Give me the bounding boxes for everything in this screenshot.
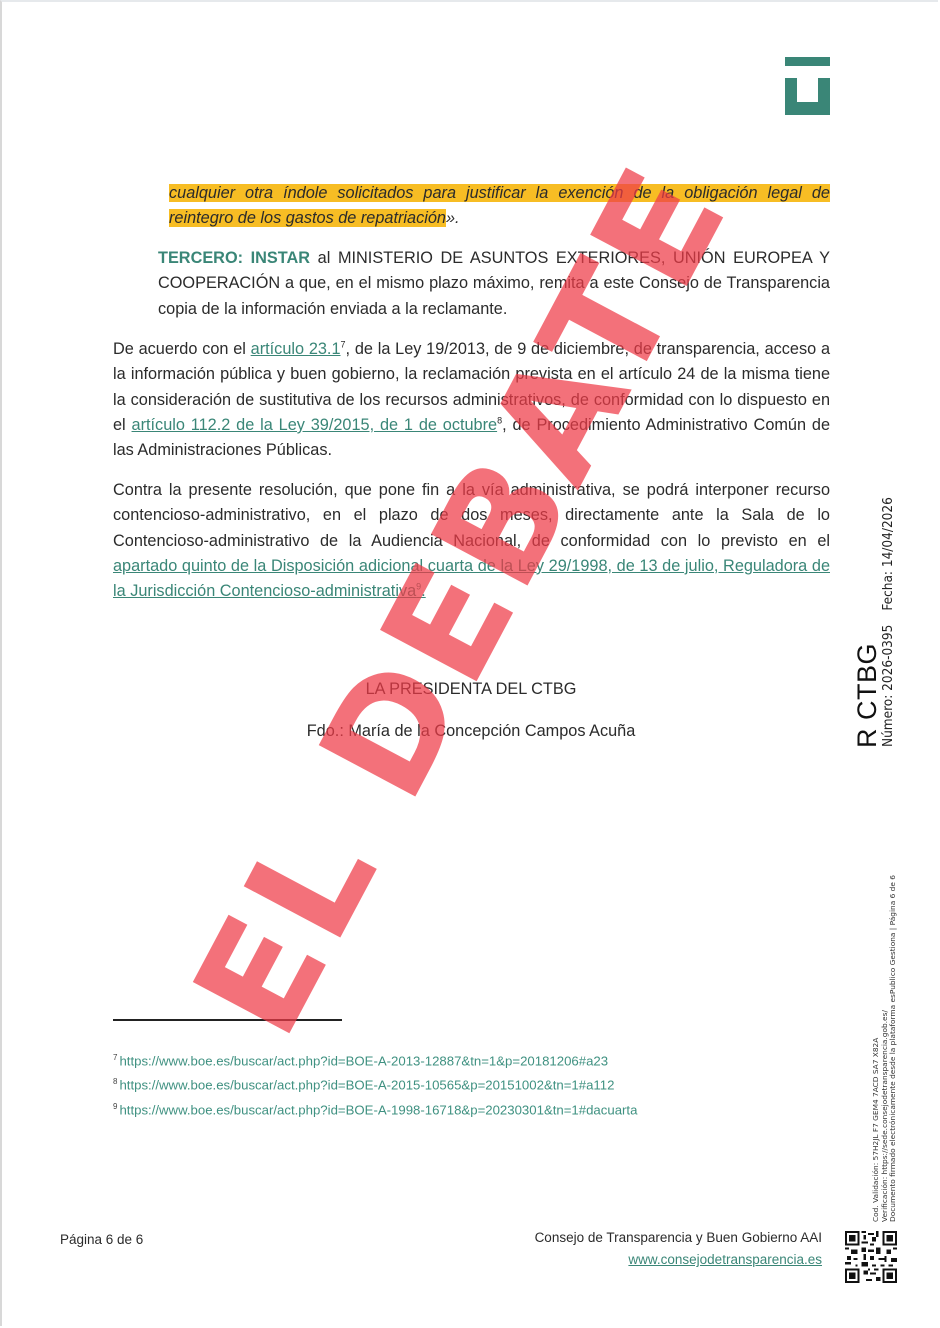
footnote-link-9[interactable]: https://www.boe.es/buscar/act.php?id=BOE… xyxy=(119,1102,637,1117)
ctbg-logo-icon xyxy=(785,57,830,115)
verification-block: Cod. Validación: 57H2JL F7 GEM4 7ACD SA7… xyxy=(872,875,898,1222)
footnote-link-8[interactable]: https://www.boe.es/buscar/act.php?id=BOE… xyxy=(119,1078,614,1093)
page-number: Página 6 de 6 xyxy=(60,1232,143,1247)
registry-number: Número: 2026-0395 xyxy=(880,625,896,747)
signature-title: LA PRESIDENTA DEL CTBG xyxy=(0,680,940,699)
link-articulo-112-2[interactable]: artículo 112.2 de la Ley 39/2015, de 1 d… xyxy=(132,416,498,434)
link-disposicion-adicional[interactable]: apartado quinto de la Disposición adicio… xyxy=(113,557,830,600)
footnote-divider xyxy=(113,1019,342,1021)
registry-meta: Número: 2026-0395Fecha: 14/04/2026 xyxy=(880,497,896,747)
recourse-paragraph: Contra la presente resolución, que pone … xyxy=(113,478,830,604)
footnote-link-7[interactable]: https://www.boe.es/buscar/act.php?id=BOE… xyxy=(119,1053,608,1068)
qr-code-icon[interactable] xyxy=(845,1231,897,1283)
footnotes: 7https://www.boe.es/buscar/act.php?id=BO… xyxy=(113,1047,637,1120)
registry-stamp: R CTBG xyxy=(852,643,883,748)
footer-website: www.consejodetransparencia.es xyxy=(628,1252,822,1267)
appeal-paragraph: De acuerdo con el artículo 23.17, de la … xyxy=(113,337,830,463)
footnote-8: 8https://www.boe.es/buscar/act.php?id=BO… xyxy=(113,1071,637,1095)
registry-date: Fecha: 14/04/2026 xyxy=(880,497,896,610)
footnote-7: 7https://www.boe.es/buscar/act.php?id=BO… xyxy=(113,1047,637,1071)
tercero-paragraph: TERCERO: INSTAR al MINISTERIO DE ASUNTOS… xyxy=(158,246,830,322)
highlighted-quote: cualquier otra índole solicitados para j… xyxy=(169,184,830,227)
website-link[interactable]: www.consejodetransparencia.es xyxy=(628,1252,822,1267)
link-articulo-23-1[interactable]: artículo 23.1 xyxy=(251,340,341,358)
footer-organization: Consejo de Transparencia y Buen Gobierno… xyxy=(535,1230,822,1245)
verification-signed: Documento firmado electrónicamente desde… xyxy=(889,875,898,1222)
signature-name: Fdo.: María de la Concepción Campos Acuñ… xyxy=(0,722,940,741)
footnote-9: 9https://www.boe.es/buscar/act.php?id=BO… xyxy=(113,1096,637,1120)
tercero-label: TERCERO: INSTAR xyxy=(158,249,310,267)
quoted-text: cualquier otra índole solicitados para j… xyxy=(169,181,830,232)
